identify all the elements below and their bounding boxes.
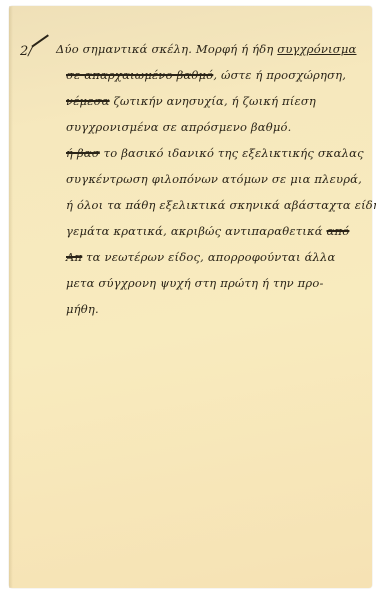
text-line-8: γεμάτα κρατικά, ακριβώς αντιπαραθετικά α… <box>66 224 349 238</box>
underlined-word: συγχρόνισμα <box>277 42 356 56</box>
text-segment: τα νεωτέρων είδος, απορροφούνται άλλα <box>82 250 335 264</box>
text-line-6: συγκέντρωση φιλοπόνων ατόμων σε μια πλευ… <box>66 172 362 186</box>
text-segment: μήθη. <box>66 302 99 316</box>
struck-text: από <box>327 224 350 238</box>
text-line-5: ή βασ το βασικό ιδανικό της εξελικτικής … <box>66 146 364 160</box>
text-segment: το βασικό ιδανικό της εξελικτικής σκαλας <box>100 146 364 160</box>
struck-text: Απ <box>66 250 82 264</box>
text-line-2: σε απαρχαιωμένο βαθμό, ώστε ή προσχώρηση… <box>66 68 346 82</box>
text-segment: ή όλοι τα πάθη εξελικτικά σκηνικά αβάστα… <box>66 198 376 212</box>
text-line-7: ή όλοι τα πάθη εξελικτικά σκηνικά αβάστα… <box>66 198 376 212</box>
text-segment: γεμάτα κρατικά, ακριβώς αντιπαραθετικά <box>66 224 327 238</box>
struck-text: νέμεσα <box>66 94 110 108</box>
text-line-4: συγχρονισμένα σε απρόσμενο βαθμό. <box>66 120 292 134</box>
text-line-11: μήθη. <box>66 302 99 316</box>
text-segment: συγχρονισμένα σε απρόσμενο βαθμό. <box>66 120 292 134</box>
text-line-9: Απ τα νεωτέρων είδος, απορροφούνται άλλα <box>66 250 336 264</box>
margin-number: 2/ <box>20 44 33 59</box>
paper-edge-shadow <box>9 6 13 588</box>
text-line-3: νέμεσα ζωτικήν ανησυχία, ή ζωική πίεση <box>66 94 316 108</box>
text-segment: μετα σύγχρονη ψυχή στη πρώτη ή την προ- <box>66 276 324 290</box>
text-segment: συγκέντρωση φιλοπόνων ατόμων σε μια πλευ… <box>66 172 362 186</box>
text-line-10: μετα σύγχρονη ψυχή στη πρώτη ή την προ- <box>66 276 324 290</box>
struck-text: ή βασ <box>66 146 100 160</box>
text-line-1: Δύο σημαντικά σκέλη. Μορφή ή ήδη συγχρόν… <box>56 42 356 56</box>
text-segment: Δύο σημαντικά σκέλη. Μορφή ή ήδη <box>56 42 277 56</box>
text-segment: , ώστε ή προσχώρηση, <box>213 68 346 82</box>
struck-text: σε απαρχαιωμένο βαθμό <box>66 68 213 82</box>
text-segment: ζωτικήν ανησυχία, ή ζωική πίεση <box>110 94 316 108</box>
